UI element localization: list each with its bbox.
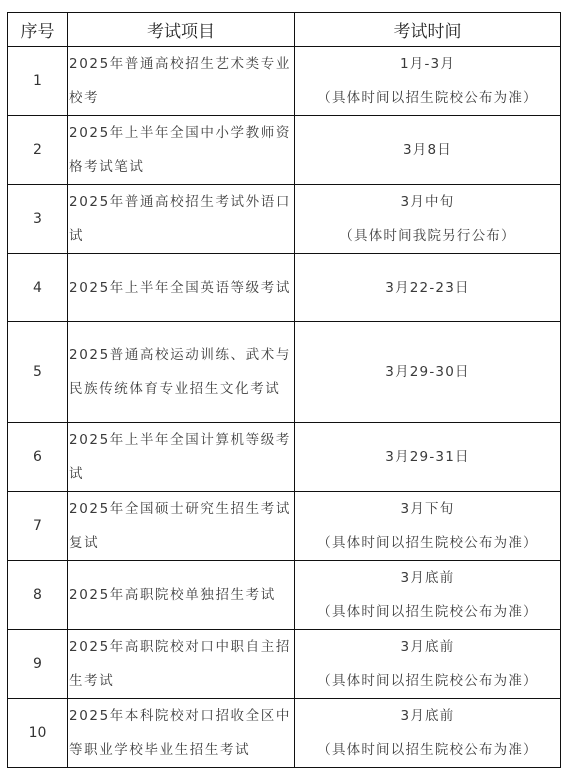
exam-item: 2025年全国硕士研究生招生考试复试 [68, 492, 295, 561]
exam-time-main: 3月底前 [295, 630, 560, 664]
exam-time: 3月29-31日 [295, 423, 561, 492]
row-index: 7 [8, 492, 68, 561]
row-index: 8 [8, 561, 68, 630]
exam-time-note: （具体时间以招生院校公布为准） [295, 526, 560, 560]
exam-time: 3月下旬 （具体时间以招生院校公布为准） [295, 492, 561, 561]
exam-time: 3月29-30日 [295, 322, 561, 423]
table-row: 6 2025年上半年全国计算机等级考试 3月29-31日 [8, 423, 561, 492]
exam-item: 2025年普通高校招生艺术类专业校考 [68, 47, 295, 116]
table-row: 1 2025年普通高校招生艺术类专业校考 1月-3月 （具体时间以招生院校公布为… [8, 47, 561, 116]
exam-item: 2025年高职院校单独招生考试 [68, 561, 295, 630]
exam-item: 2025年上半年全国英语等级考试 [68, 254, 295, 322]
exam-time: 3月22-23日 [295, 254, 561, 322]
row-index: 5 [8, 322, 68, 423]
table-row: 7 2025年全国硕士研究生招生考试复试 3月下旬 （具体时间以招生院校公布为准… [8, 492, 561, 561]
exam-time-main: 3月下旬 [295, 492, 560, 526]
exam-time: 3月中旬 （具体时间我院另行公布） [295, 185, 561, 254]
exam-time-main: 3月底前 [295, 699, 560, 733]
exam-schedule-table: 序号 考试项目 考试时间 1 2025年普通高校招生艺术类专业校考 1月-3月 … [7, 12, 561, 762]
exam-time-main: 3月底前 [295, 561, 560, 595]
exam-item: 2025年上半年全国计算机等级考试 [68, 423, 295, 492]
table-row: 8 2025年高职院校单独招生考试 3月底前 （具体时间以招生院校公布为准） [8, 561, 561, 630]
exam-item: 2025年上半年全国中小学教师资格考试笔试 [68, 116, 295, 185]
row-index: 4 [8, 254, 68, 322]
table-row: 3 2025年普通高校招生考试外语口试 3月中旬 （具体时间我院另行公布） [8, 185, 561, 254]
exam-time-main: 3月29-30日 [295, 355, 560, 389]
table-header-row: 序号 考试项目 考试时间 [8, 13, 561, 47]
table-row: 5 2025普通高校运动训练、武术与民族传统体育专业招生文化考试 3月29-30… [8, 322, 561, 423]
exam-time-note: （具体时间我院另行公布） [295, 219, 560, 253]
table-row: 10 2025年本科院校对口招收全区中等职业学校毕业生招生考试 3月底前 （具体… [8, 699, 561, 763]
exam-time-main: 3月22-23日 [295, 271, 560, 305]
header-index: 序号 [8, 13, 68, 47]
header-exam-item: 考试项目 [68, 13, 295, 47]
table-row: 9 2025年高职院校对口中职自主招生考试 3月底前 （具体时间以招生院校公布为… [8, 630, 561, 699]
exam-time-main: 3月8日 [295, 133, 560, 167]
exam-item: 2025年本科院校对口招收全区中等职业学校毕业生招生考试 [68, 699, 295, 763]
exam-item: 2025年高职院校对口中职自主招生考试 [68, 630, 295, 699]
exam-time: 1月-3月 （具体时间以招生院校公布为准） [295, 47, 561, 116]
table-row: 4 2025年上半年全国英语等级考试 3月22-23日 [8, 254, 561, 322]
exam-item: 2025年普通高校招生考试外语口试 [68, 185, 295, 254]
exam-time-main: 3月中旬 [295, 185, 560, 219]
exam-time-note: （具体时间以招生院校公布为准） [295, 595, 560, 629]
exam-time-main: 3月29-31日 [295, 440, 560, 474]
row-index: 10 [8, 699, 68, 763]
row-index: 1 [8, 47, 68, 116]
exam-time-main: 1月-3月 [295, 47, 560, 81]
exam-time-note: （具体时间以招生院校公布为准） [295, 81, 560, 115]
exam-schedule-table-container: 序号 考试项目 考试时间 1 2025年普通高校招生艺术类专业校考 1月-3月 … [7, 12, 561, 762]
row-index: 9 [8, 630, 68, 699]
exam-item: 2025普通高校运动训练、武术与民族传统体育专业招生文化考试 [68, 322, 295, 423]
row-index: 2 [8, 116, 68, 185]
exam-time: 3月底前 （具体时间以招生院校公布为准） [295, 699, 561, 763]
exam-time-note: （具体时间以招生院校公布为准） [295, 733, 560, 762]
exam-time: 3月底前 （具体时间以招生院校公布为准） [295, 630, 561, 699]
table-row: 2 2025年上半年全国中小学教师资格考试笔试 3月8日 [8, 116, 561, 185]
exam-time-note: （具体时间以招生院校公布为准） [295, 664, 560, 698]
row-index: 6 [8, 423, 68, 492]
header-exam-time: 考试时间 [295, 13, 561, 47]
row-index: 3 [8, 185, 68, 254]
exam-time: 3月8日 [295, 116, 561, 185]
exam-time: 3月底前 （具体时间以招生院校公布为准） [295, 561, 561, 630]
